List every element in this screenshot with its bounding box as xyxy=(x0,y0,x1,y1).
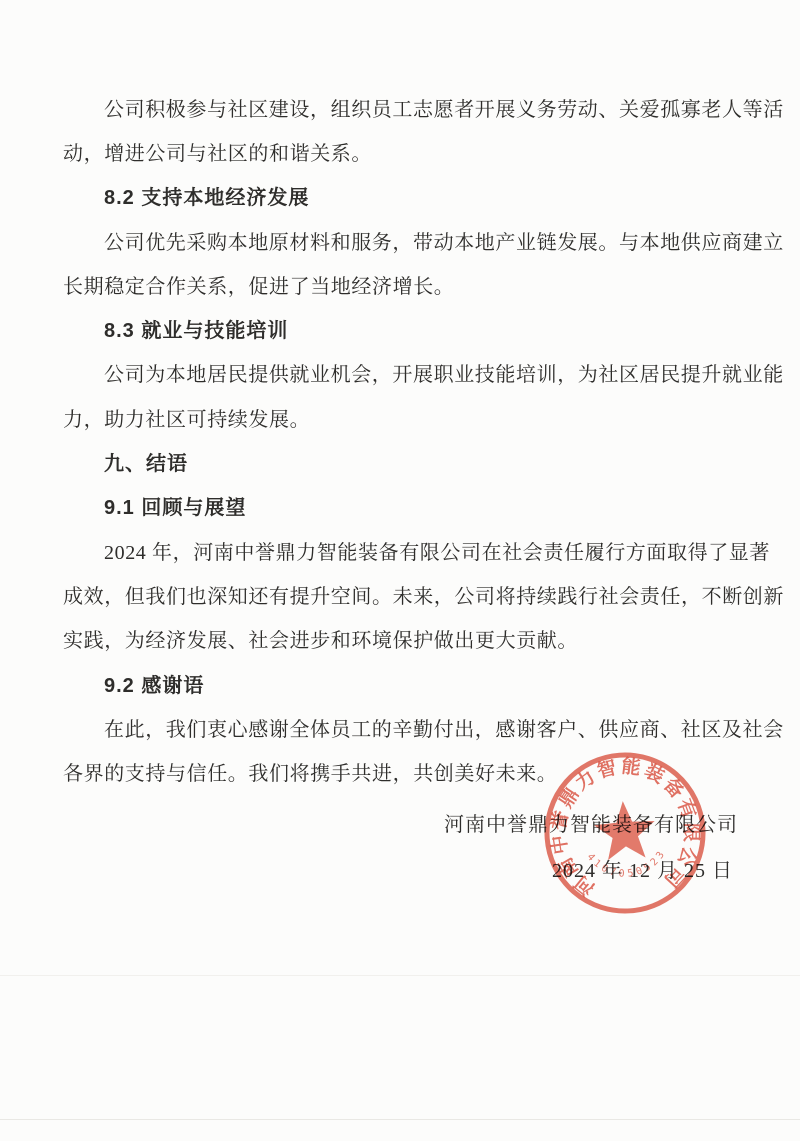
body-line: 公司为本地居民提供就业机会，开展职业技能培训，为社区居民提升就业能 xyxy=(63,351,738,395)
heading-line: 九、结语 xyxy=(63,439,738,483)
paragraph: 2024 年，河南中誉鼎力智能装备有限公司在社会责任履行方面取得了显著 成效，但… xyxy=(63,528,738,661)
body-line: 实践，为经济发展、社会进步和环境保护做出更大贡献。 xyxy=(63,617,738,661)
body-line: 公司优先采购本地原材料和服务，带动本地产业链发展。与本地供应商建立 xyxy=(63,218,738,262)
chapter-heading-9: 九、结语 xyxy=(63,439,738,483)
heading-line: 8.3 就业与技能培训 xyxy=(63,306,738,350)
scan-artifact-line xyxy=(0,1119,800,1120)
signature-company: 河南中誉鼎力智能装备有限公司 xyxy=(63,800,738,845)
scan-artifact-line xyxy=(0,975,800,976)
signature-date: 2024 年 12 月 25 日 xyxy=(63,846,738,891)
heading-line: 9.2 感谢语 xyxy=(63,661,738,705)
body-line: 在此，我们衷心感谢全体员工的辛勤付出，感谢客户、供应商、社区及社会 xyxy=(63,705,738,749)
body-line: 各界的支持与信任。我们将携手共进，共创美好未来。 xyxy=(63,749,738,793)
heading-line: 8.2 支持本地经济发展 xyxy=(63,174,738,218)
paragraph: 公司优先采购本地原材料和服务，带动本地产业链发展。与本地供应商建立 长期稳定合作… xyxy=(63,218,738,307)
document-body: 公司积极参与社区建设，组织员工志愿者开展义务劳动、关爱孤寡老人等活 动，增进公司… xyxy=(63,85,738,891)
section-heading-8-2: 8.2 支持本地经济发展 xyxy=(63,174,738,218)
section-heading-9-1: 9.1 回顾与展望 xyxy=(63,484,738,528)
body-line: 2024 年，河南中誉鼎力智能装备有限公司在社会责任履行方面取得了显著 xyxy=(63,528,738,572)
body-line: 力，助力社区可持续发展。 xyxy=(63,395,738,439)
heading-line: 9.1 回顾与展望 xyxy=(63,484,738,528)
paragraph: 在此，我们衷心感谢全体员工的辛勤付出，感谢客户、供应商、社区及社会 各界的支持与… xyxy=(63,705,738,794)
section-heading-8-3: 8.3 就业与技能培训 xyxy=(63,306,738,350)
body-line: 动，增进公司与社区的和谐关系。 xyxy=(63,129,738,173)
section-heading-9-2: 9.2 感谢语 xyxy=(63,661,738,705)
body-line: 长期稳定合作关系，促进了当地经济增长。 xyxy=(63,262,738,306)
paragraph: 公司积极参与社区建设，组织员工志愿者开展义务劳动、关爱孤寡老人等活 动，增进公司… xyxy=(63,85,738,174)
body-line: 公司积极参与社区建设，组织员工志愿者开展义务劳动、关爱孤寡老人等活 xyxy=(63,85,738,129)
scanned-document-page: 公司积极参与社区建设，组织员工志愿者开展义务劳动、关爱孤寡老人等活 动，增进公司… xyxy=(0,0,800,1141)
body-line: 成效，但我们也深知还有提升空间。未来，公司将持续践行社会责任，不断创新 xyxy=(63,572,738,616)
paragraph: 公司为本地居民提供就业机会，开展职业技能培训，为社区居民提升就业能 力，助力社区… xyxy=(63,351,738,440)
